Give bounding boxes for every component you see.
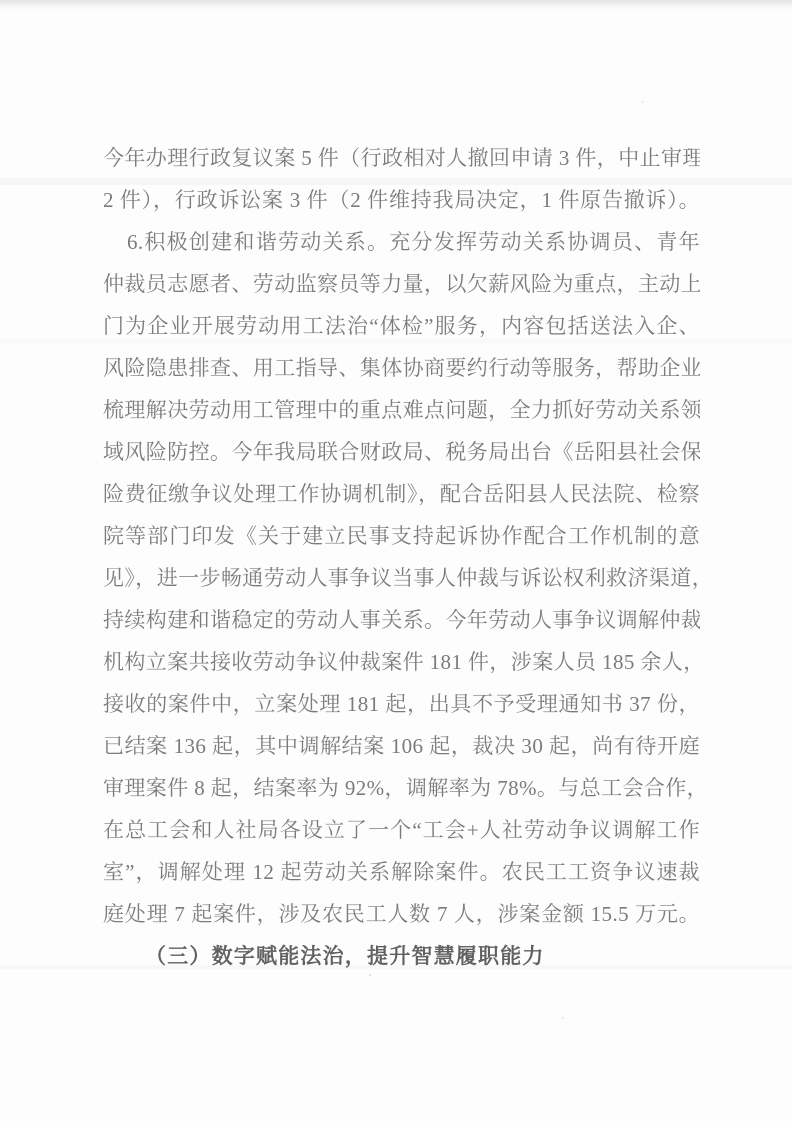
scan-artifact-speck: [562, 1017, 564, 1019]
document-body: 今年办理行政复议案 5 件（行政相对人撤回申请 3 件，中止审理 2 件），行政…: [103, 137, 700, 977]
text-line: 今年办理行政复议案 5 件（行政相对人撤回申请 3 件，中止审理: [103, 137, 700, 179]
scan-artifact-speck: [641, 101, 644, 103]
text-line: 接收的案件中，立案处理 181 起，出具不予受理通知书 37 份，: [103, 683, 700, 725]
document-page: 今年办理行政复议案 5 件（行政相对人撤回申请 3 件，中止审理 2 件），行政…: [0, 0, 792, 1121]
text-line: 已结案 136 起，其中调解结案 106 起，裁决 30 起，尚有待开庭: [103, 725, 700, 767]
text-line: 2 件），行政诉讼案 3 件（2 件维持我局决定，1 件原告撤诉）。: [103, 179, 700, 221]
text-line: 持续构建和谐稳定的劳动人事关系。今年劳动人事争议调解仲裁: [103, 599, 700, 641]
text-line: 域风险防控。今年我局联合财政局、税务局出台《岳阳县社会保: [103, 431, 700, 473]
text-line-paragraph-start: 6.积极创建和谐劳动关系。充分发挥劳动关系协调员、青年: [103, 221, 700, 263]
text-line: 院等部门印发《关于建立民事支持起诉协作配合工作机制的意: [103, 515, 700, 557]
text-line: 庭处理 7 起案件，涉及农民工人数 7 人，涉案金额 15.5 万元。: [103, 893, 700, 935]
text-line: 机构立案共接收劳动争议仲裁案件 181 件，涉案人员 185 余人，: [103, 641, 700, 683]
section-heading: （三）数字赋能法治，提升智慧履职能力: [103, 935, 700, 977]
text-line: 室”，调解处理 12 起劳动关系解除案件。农民工工资争议速裁: [103, 851, 700, 893]
text-line: 见》，进一步畅通劳动人事争议当事人仲裁与诉讼权利救济渠道，: [103, 557, 700, 599]
text-line: 仲裁员志愿者、劳动监察员等力量，以欠薪风险为重点，主动上: [103, 263, 700, 305]
text-line: 门为企业开展劳动用工法治“体检”服务，内容包括送法入企、: [103, 305, 700, 347]
text-line: 审理案件 8 起，结案率为 92%，调解率为 78%。与总工会合作，: [103, 767, 700, 809]
text-line: 险费征缴争议处理工作协调机制》，配合岳阳县人民法院、检察: [103, 473, 700, 515]
text-line: 在总工会和人社局各设立了一个“工会+人社劳动争议调解工作: [103, 809, 700, 851]
text-line: 风险隐患排查、用工指导、集体协商要约行动等服务，帮助企业: [103, 347, 700, 389]
scan-edge-shadow: [0, 0, 792, 10]
text-line: 梳理解决劳动用工管理中的重点难点问题，全力抓好劳动关系领: [103, 389, 700, 431]
